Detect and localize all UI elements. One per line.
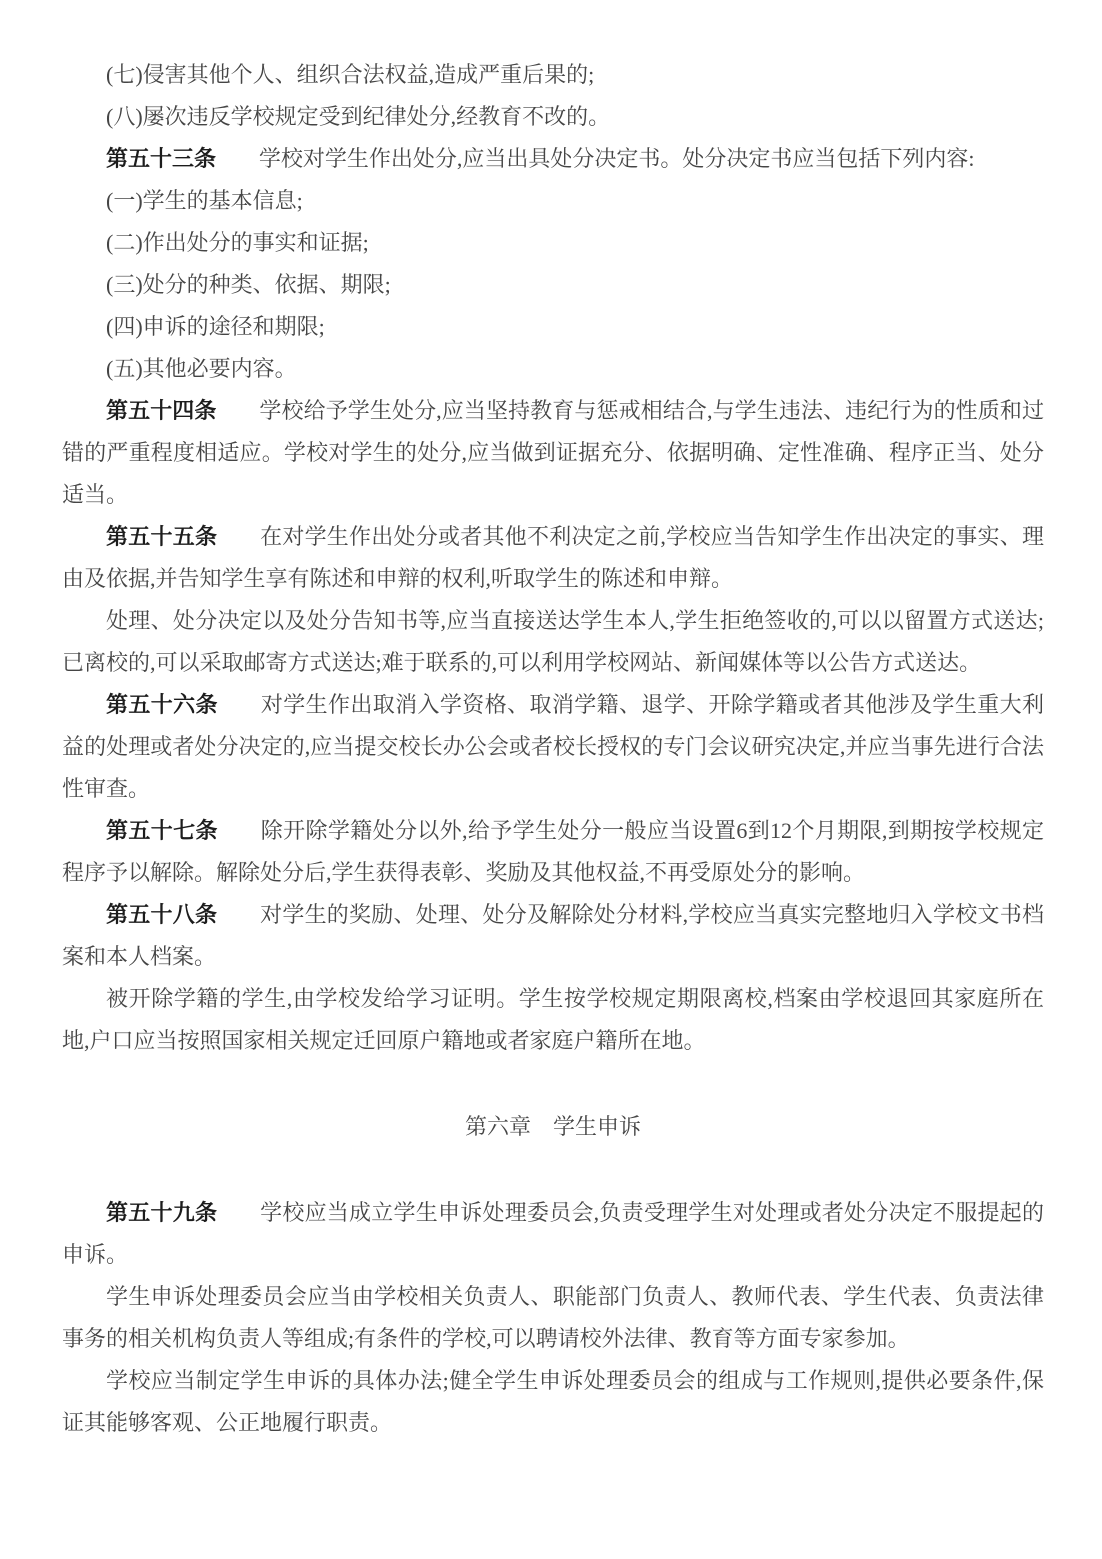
- article-paragraph: 第五十四条学校给予学生处分,应当坚持教育与惩戒相结合,与学生违法、违纪行为的性质…: [62, 390, 1044, 516]
- article-paragraph: 第五十三条学校对学生作出处分,应当出具处分决定书。处分决定书应当包括下列内容:: [62, 138, 1044, 180]
- article-number: 第五十八条: [106, 902, 217, 927]
- paragraph-text: 学校应当制定学生申诉的具体办法;健全学生申诉处理委员会的组成与工作规则,提供必要…: [62, 1368, 1044, 1435]
- article-number: 第五十五条: [106, 524, 217, 549]
- paragraph-text: 学生申诉: [553, 1114, 641, 1139]
- body-paragraph: (七)侵害其他个人、组织合法权益,造成严重后果的;: [62, 54, 1044, 96]
- paragraph-text: (一)学生的基本信息;: [106, 188, 303, 213]
- body-paragraph: (三)处分的种类、依据、期限;: [62, 264, 1044, 306]
- article-number: 第五十九条: [106, 1200, 217, 1225]
- body-paragraph: (一)学生的基本信息;: [62, 180, 1044, 222]
- chapter-heading: 第六章学生申诉: [62, 1106, 1044, 1148]
- body-paragraph: (五)其他必要内容。: [62, 348, 1044, 390]
- article-paragraph: 第五十六条对学生作出取消入学资格、取消学籍、退学、开除学籍或者其他涉及学生重大利…: [62, 684, 1044, 810]
- paragraph-text: (七)侵害其他个人、组织合法权益,造成严重后果的;: [106, 62, 594, 87]
- body-paragraph: 学生申诉处理委员会应当由学校相关负责人、职能部门负责人、教师代表、学生代表、负责…: [62, 1276, 1044, 1360]
- article-paragraph: 第五十九条学校应当成立学生申诉处理委员会,负责受理学生对处理或者处分决定不服提起…: [62, 1192, 1044, 1276]
- article-paragraph: 第五十七条除开除学籍处分以外,给予学生处分一般应当设置6到12个月期限,到期按学…: [62, 810, 1044, 894]
- article-number: 第五十六条: [106, 692, 218, 717]
- paragraph-text: (五)其他必要内容。: [106, 356, 297, 381]
- article-number: 第五十七条: [106, 818, 218, 843]
- body-paragraph: (四)申诉的途径和期限;: [62, 306, 1044, 348]
- document-page: (七)侵害其他个人、组织合法权益,造成严重后果的;(八)屡次违反学校规定受到纪律…: [0, 0, 1102, 1559]
- paragraph-text: (四)申诉的途径和期限;: [106, 314, 325, 339]
- chapter-number: 第六章: [465, 1114, 531, 1139]
- paragraph-text: (八)屡次违反学校规定受到纪律处分,经教育不改的。: [106, 104, 610, 129]
- body-paragraph: 处理、处分决定以及处分告知书等,应当直接送达学生本人,学生拒绝签收的,可以以留置…: [62, 600, 1044, 684]
- body-paragraph: (二)作出处分的事实和证据;: [62, 222, 1044, 264]
- article-number: 第五十三条: [106, 146, 216, 171]
- article-paragraph: 第五十五条在对学生作出处分或者其他不利决定之前,学校应当告知学生作出决定的事实、…: [62, 516, 1044, 600]
- paragraph-text: 处理、处分决定以及处分告知书等,应当直接送达学生本人,学生拒绝签收的,可以以留置…: [62, 608, 1044, 675]
- body-paragraph: 被开除学籍的学生,由学校发给学习证明。学生按学校规定期限离校,档案由学校退回其家…: [62, 978, 1044, 1062]
- paragraph-text: 学校对学生作出处分,应当出具处分决定书。处分决定书应当包括下列内容:: [259, 146, 975, 171]
- paragraph-text: 被开除学籍的学生,由学校发给学习证明。学生按学校规定期限离校,档案由学校退回其家…: [62, 986, 1044, 1053]
- article-paragraph: 第五十八条对学生的奖励、处理、处分及解除处分材料,学校应当真实完整地归入学校文书…: [62, 894, 1044, 978]
- article-number: 第五十四条: [106, 398, 217, 423]
- paragraph-text: (三)处分的种类、依据、期限;: [106, 272, 391, 297]
- paragraph-text: 学生申诉处理委员会应当由学校相关负责人、职能部门负责人、教师代表、学生代表、负责…: [62, 1284, 1044, 1351]
- body-paragraph: (八)屡次违反学校规定受到纪律处分,经教育不改的。: [62, 96, 1044, 138]
- paragraph-text: (二)作出处分的事实和证据;: [106, 230, 369, 255]
- document-body: (七)侵害其他个人、组织合法权益,造成严重后果的;(八)屡次违反学校规定受到纪律…: [62, 54, 1044, 1444]
- body-paragraph: 学校应当制定学生申诉的具体办法;健全学生申诉处理委员会的组成与工作规则,提供必要…: [62, 1360, 1044, 1444]
